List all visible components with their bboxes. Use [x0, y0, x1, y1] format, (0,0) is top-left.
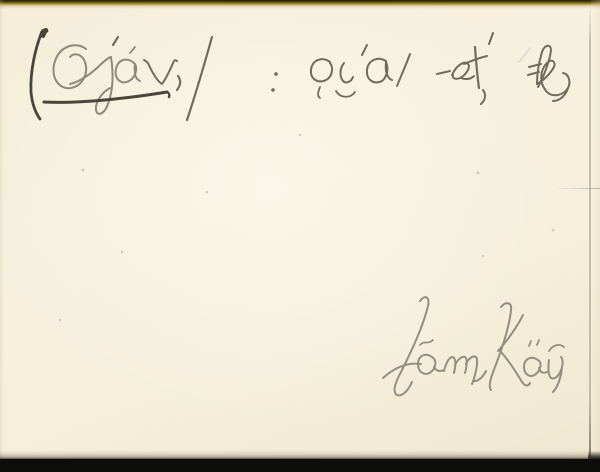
card-bottom-edge-shadow — [0, 450, 600, 459]
signature-handwriting — [383, 297, 564, 395]
card-edge-crease-line — [589, 6, 591, 457]
phonetic-form-strokes — [311, 45, 410, 98]
scanned-card-image: (Oja v.) : oi̯a/ -ét, =le Sõm Kär — [0, 0, 600, 472]
endings-strokes — [437, 33, 569, 104]
colon-mark — [271, 72, 278, 92]
card-right-edge — [591, 0, 600, 459]
bottom-scan-border — [0, 459, 600, 472]
scan-scratch-artifact — [554, 188, 600, 189]
paper-specks — [59, 134, 555, 321]
bottom-right-scan-shadow — [588, 451, 600, 459]
headword-underline — [44, 92, 167, 102]
heading-handwriting — [31, 30, 570, 120]
close-paren-stroke — [187, 37, 212, 120]
open-paren-stroke — [31, 30, 47, 119]
handwriting-layer — [0, 0, 600, 472]
